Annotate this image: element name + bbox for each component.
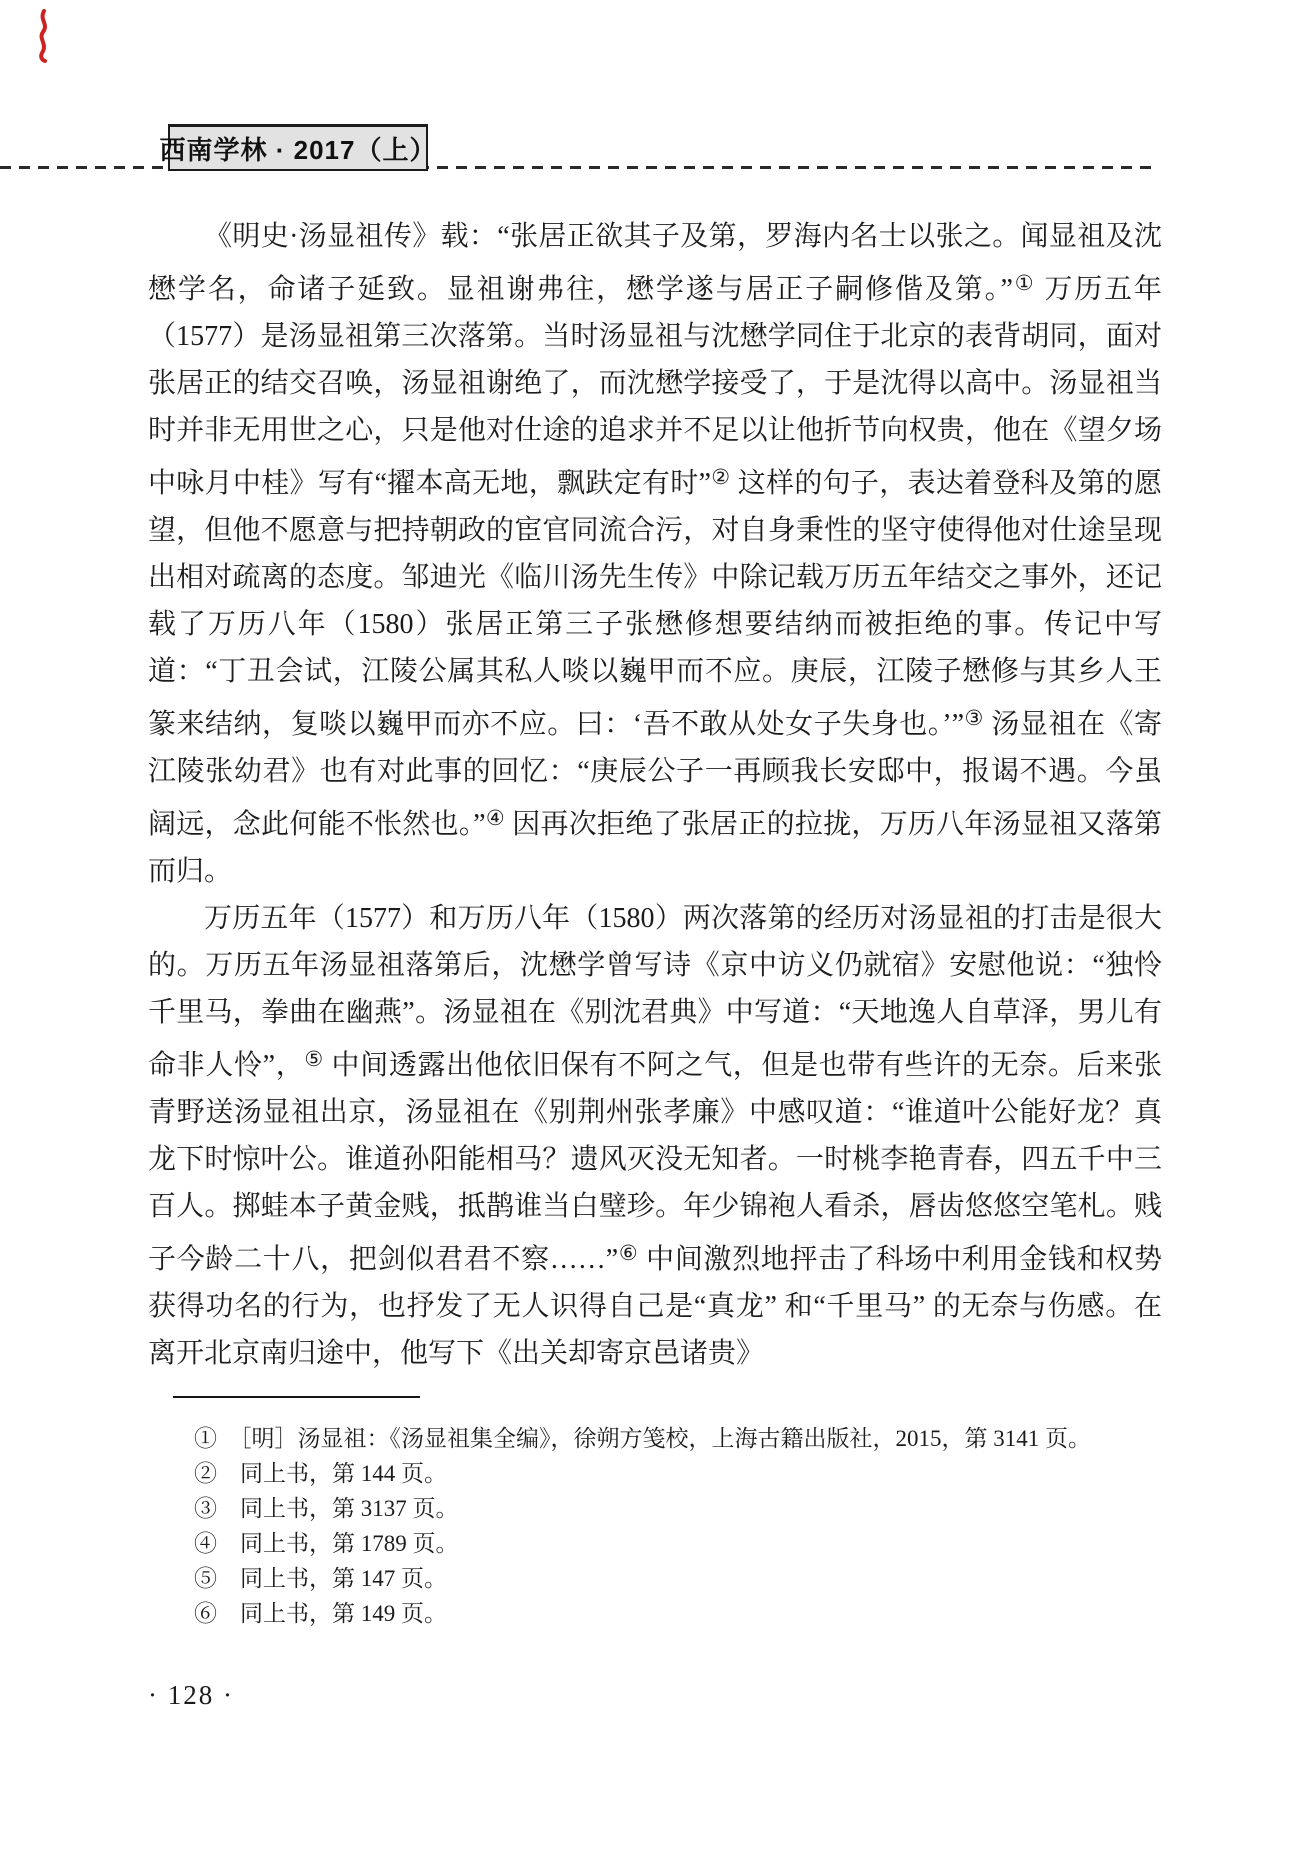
footnote-item: ③ 同上书，第 3137 页。 bbox=[148, 1491, 1162, 1526]
book-page: 西南学林 · 2017（上） 《明史·汤显祖传》载：“张居正欲其子及第，罗海内名… bbox=[0, 0, 1307, 1859]
footnotes-block: ① ［明］汤显祖：《汤显祖集全编》，徐朔方笺校，上海古籍出版社，2015，第 3… bbox=[148, 1421, 1162, 1631]
footnote-ref-marker: ⑥ bbox=[618, 1241, 638, 1265]
footnote-item: ① ［明］汤显祖：《汤显祖集全编》，徐朔方笺校，上海古籍出版社，2015，第 3… bbox=[148, 1421, 1162, 1456]
footnote-ref-marker: ④ bbox=[486, 806, 505, 830]
footnote-separator-rule bbox=[173, 1396, 420, 1398]
page-number: · 128 · bbox=[148, 1680, 234, 1711]
running-head-box: 西南学林 · 2017（上） bbox=[168, 124, 428, 171]
footnote-item: ② 同上书，第 144 页。 bbox=[148, 1456, 1162, 1491]
article-body: 《明史·汤显祖传》载：“张居正欲其子及第，罗海内名士以张之。闻显祖及沈懋学名，命… bbox=[148, 213, 1162, 1377]
footnote-item: ⑥ 同上书，第 149 页。 bbox=[148, 1596, 1162, 1631]
body-paragraph: 万历五年（1577）和万历八年（1580）两次落第的经历对汤显祖的打击是很大的。… bbox=[148, 895, 1162, 1377]
running-head-title: 西南学林 · 2017（上） bbox=[160, 130, 437, 167]
footnote-ref-marker: ⑤ bbox=[304, 1047, 324, 1071]
body-paragraph: 《明史·汤显祖传》载：“张居正欲其子及第，罗海内名士以张之。闻显祖及沈懋学名，命… bbox=[148, 213, 1162, 895]
footnote-item: ⑤ 同上书，第 147 页。 bbox=[148, 1561, 1162, 1596]
footnote-ref-marker: ② bbox=[711, 465, 730, 489]
red-ink-mark-icon bbox=[30, 8, 58, 64]
footnote-item: ④ 同上书，第 1789 页。 bbox=[148, 1526, 1162, 1561]
footnote-ref-marker: ① bbox=[1013, 271, 1036, 295]
footnote-ref-marker: ③ bbox=[964, 706, 984, 730]
